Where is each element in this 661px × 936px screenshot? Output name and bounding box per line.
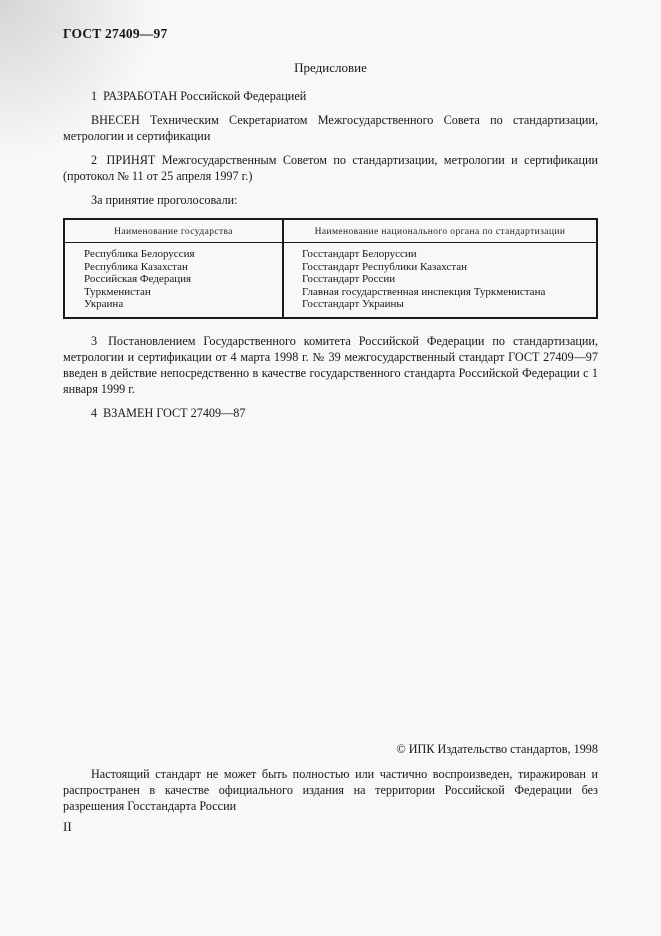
clause-1: 1 РАЗРАБОТАН Российской Федерацией [63,88,598,104]
clause-1-number: 1 [91,89,97,103]
clause-4-keyword: ВЗАМЕН [103,406,153,420]
country-name: Туркменистан [84,286,278,299]
vote-table-org-column: Госстандарт Белоруссии Госстандарт Респу… [284,243,596,317]
clause-2-number: 2 [91,153,97,167]
vote-table-header-country: Наименование государства [65,220,284,242]
copyright-line: © ИПК Издательство стандартов, 1998 [63,741,598,757]
clause-1-keyword: РАЗРАБОТАН [103,89,177,103]
org-name: Госстандарт Республики Казахстан [302,261,592,274]
clause-3: 3 Постановлением Государственного комите… [63,333,598,397]
clause-2: 2 ПРИНЯТ Межгосударственным Советом по с… [63,152,598,184]
country-name: Республика Казахстан [84,261,278,274]
org-name: Госстандарт Белоруссии [302,248,592,261]
clause-vnesen: ВНЕСЕН Техническим Секретариатом Межгосу… [63,112,598,144]
country-name: Республика Белоруссия [84,248,278,261]
document-page: ГОСТ 27409—97 Предисловие 1 РАЗРАБОТАН Р… [0,0,661,936]
country-name: Российская Федерация [84,273,278,286]
page-number: II [63,819,598,835]
clause-4: 4 ВЗАМЕН ГОСТ 27409—87 [63,405,598,421]
org-name: Госстандарт Украины [302,298,592,311]
country-name: Украина [84,298,278,311]
clause-vnesen-text: Техническим Секретариатом Межгосударстве… [63,113,598,143]
clause-4-text: ГОСТ 27409—87 [156,406,245,420]
vote-table-header-org: Наименование национального органа по ста… [284,220,596,242]
vote-table-country-column: Республика Белоруссия Республика Казахст… [65,243,284,317]
vote-table-header-row: Наименование государства Наименование на… [65,220,596,243]
clause-2-keyword: ПРИНЯТ [107,153,156,167]
copyright-notice: Настоящий стандарт не может быть полност… [63,766,598,814]
doc-code: ГОСТ 27409—97 [63,26,598,42]
vote-table-body: Республика Белоруссия Республика Казахст… [65,243,596,317]
preface-title: Предисловие [63,60,598,76]
clause-vnesen-keyword: ВНЕСЕН [91,113,140,127]
clause-3-number: 3 [91,334,97,348]
clause-4-number: 4 [91,406,97,420]
org-name: Госстандарт России [302,273,592,286]
vote-table: Наименование государства Наименование на… [63,218,598,319]
clause-3-text: Постановлением Государственного комитета… [63,334,598,396]
clause-1-text: Российской Федерацией [180,89,306,103]
vote-intro: За принятие проголосовали: [63,192,598,208]
org-name: Главная государственная инспекция Туркме… [302,286,592,299]
